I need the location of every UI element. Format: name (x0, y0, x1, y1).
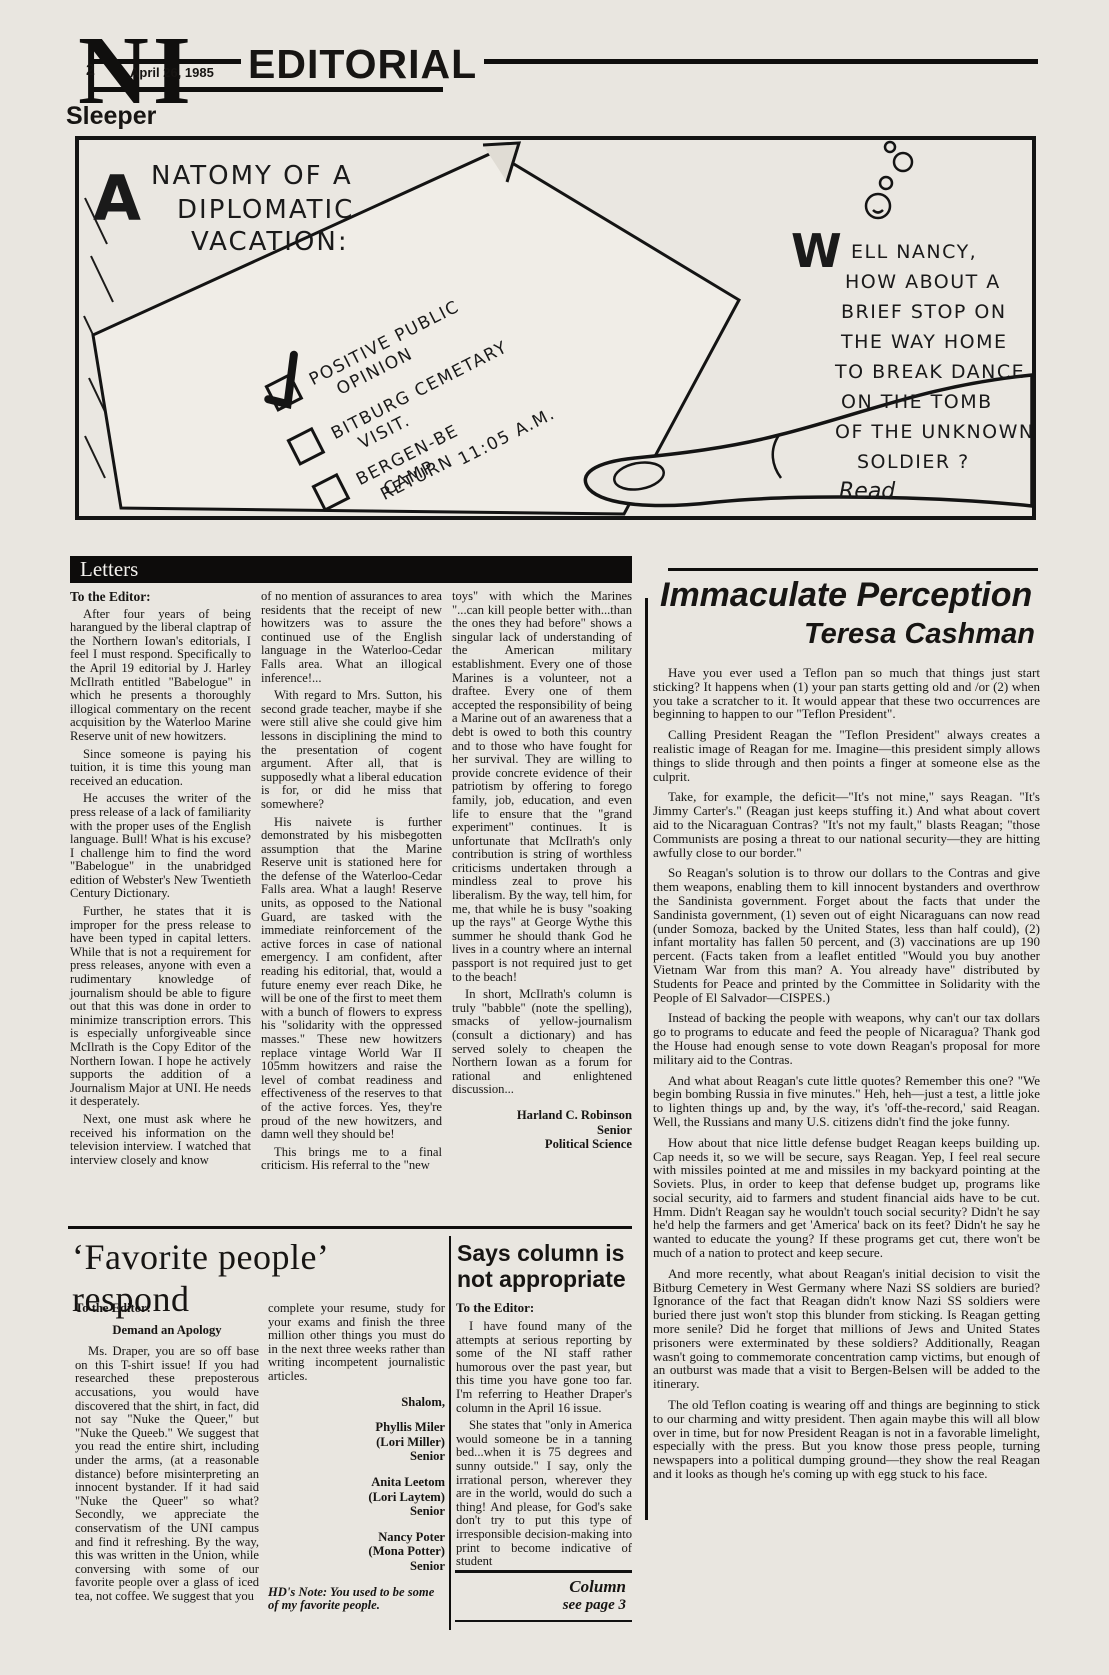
editorial-cartoon-panel: POSITIVE PUBLIC OPINION BITBURG CEMETARY… (75, 136, 1036, 520)
letter-paragraph: Senior (268, 1450, 445, 1464)
column-paragraph: And what about Reagan's cute little quot… (653, 1074, 1040, 1129)
svg-text:SOLDIER ?: SOLDIER ? (857, 451, 970, 473)
svg-text:NATOMY OF A: NATOMY OF A (151, 161, 353, 191)
issue-date: April 26, 1985 (130, 65, 214, 80)
letter-paragraph: Senior (268, 1560, 445, 1574)
letter-paragraph: Anita Leetom (268, 1476, 445, 1490)
letter-paragraph: To the Editor: (70, 590, 251, 604)
vertical-divider-main (645, 598, 648, 1520)
caption-initial: A (93, 162, 141, 235)
letter-column-2: of no mention of assurances to area resi… (261, 590, 442, 1177)
column-paragraph: So Reagan's solution is to throw our dol… (653, 866, 1040, 1004)
continuation-title: Column (461, 1577, 626, 1597)
letter-paragraph: (Lori Miller) (268, 1436, 445, 1450)
letter-paragraph: of no mention of assurances to area resi… (261, 590, 442, 685)
says-salutation: To the Editor: (456, 1300, 534, 1316)
letter-paragraph: He accuses the writer of the press relea… (70, 792, 251, 901)
letter-paragraph: This brings me to a final criticism. His… (261, 1146, 442, 1173)
letter-column-1: To the Editor:After four years of being … (70, 590, 251, 1171)
letter-paragraph: (Mona Potter) (268, 1545, 445, 1559)
says-column-body: I have found many of the attempts at ser… (456, 1320, 632, 1573)
svg-text:ELL NANCY,: ELL NANCY, (851, 241, 977, 263)
favorite-right-column: complete your resume, study for your exa… (268, 1302, 445, 1617)
svg-text:DIPLOMATIC: DIPLOMATIC (177, 195, 354, 225)
column-byline: Teresa Cashman (655, 618, 1035, 651)
svg-text:ON THE TOMB: ON THE TOMB (841, 391, 993, 413)
column-rule-top (668, 568, 1038, 571)
letter-paragraph: Senior (452, 1124, 632, 1138)
svg-text:BRIEF STOP ON: BRIEF STOP ON (841, 301, 1007, 323)
letter-paragraph: To the Editor: (75, 1302, 259, 1316)
letter-paragraph: Next, one must ask where he received his… (70, 1113, 251, 1167)
column-body: Have you ever used a Teflon pan so much … (653, 666, 1040, 1488)
letter-paragraph: Political Science (452, 1138, 632, 1152)
letters-section-header: Letters (70, 556, 632, 583)
letter-paragraph: His naivete is further demonstrated by h… (261, 816, 442, 1142)
column-paragraph: Have you ever used a Teflon pan so much … (653, 666, 1040, 721)
thought-bubbles (866, 142, 912, 218)
letter-paragraph: Shalom, (268, 1396, 445, 1410)
speech-initial: W (791, 224, 842, 278)
favorite-left-column: To the Editor:Demand an ApologyMs. Drape… (75, 1302, 259, 1607)
column-paragraph: Instead of backing the people with weapo… (653, 1011, 1040, 1066)
cartoon-drawing: POSITIVE PUBLIC OPINION BITBURG CEMETARY… (79, 140, 1032, 516)
vertical-divider-bottom (449, 1236, 451, 1630)
letter-paragraph: Phyllis Miler (268, 1421, 445, 1435)
letter-paragraph: toys" with which the Marines "...can kil… (452, 590, 632, 984)
letter-paragraph: With regard to Mrs. Sutton, his second g… (261, 689, 442, 811)
column-paragraph: Take, for example, the deficit—"It's not… (653, 790, 1040, 859)
column-paragraph: And more recently, what about Reagan's i… (653, 1267, 1040, 1391)
letter-paragraph: HD's Note: You used to be some of my fav… (268, 1586, 445, 1613)
column-paragraph: The old Teflon coating is wearing off an… (653, 1398, 1040, 1481)
letter-paragraph: Since someone is paying his tuition, it … (70, 748, 251, 789)
newspaper-page: NI 2 April 26, 1985 EDITORIAL Sleeper PO… (0, 0, 1109, 1675)
letter-paragraph: She states that "only in America would s… (456, 1419, 632, 1569)
letter-column-3: toys" with which the Marines "...can kil… (452, 590, 632, 1153)
section-title: EDITORIAL (241, 44, 484, 85)
section-rule (68, 1226, 632, 1229)
svg-text:THE WAY HOME: THE WAY HOME (840, 331, 1008, 353)
svg-text:OF THE UNKNOWN: OF THE UNKNOWN (835, 421, 1032, 443)
letter-paragraph: Ms. Draper, you are so off base on this … (75, 1345, 259, 1603)
letter-paragraph: I have found many of the attempts at ser… (456, 1320, 632, 1415)
column-paragraph: Calling President Reagan the "Teflon Pre… (653, 728, 1040, 783)
column-continuation-box: Column see page 3 (455, 1570, 632, 1622)
header-rule-top (90, 59, 1038, 64)
column-title: Immaculate Perception (660, 576, 1032, 615)
letter-paragraph: After four years of being harangued by t… (70, 608, 251, 744)
svg-text:HOW ABOUT A: HOW ABOUT A (845, 271, 1001, 293)
says-column-headline: Says column is not appropriate (457, 1240, 631, 1292)
continuation-page-ref: see page 3 (461, 1597, 626, 1614)
comic-strip-title: Sleeper (66, 102, 156, 131)
column-paragraph: How about that nice little defense budge… (653, 1136, 1040, 1260)
letter-paragraph: (Lori Laytem) (268, 1491, 445, 1505)
letter-paragraph: In short, McIlrath's column is truly "ba… (452, 988, 632, 1097)
letter-paragraph: Nancy Poter (268, 1531, 445, 1545)
letter-paragraph: complete your resume, study for your exa… (268, 1302, 445, 1384)
letter-paragraph: Senior (268, 1505, 445, 1519)
letter-paragraph: Further, he states that it is improper f… (70, 905, 251, 1109)
letters-header-label: Letters (80, 557, 138, 581)
page-number: 2 (86, 62, 95, 80)
letter-paragraph: Demand an Apology (75, 1324, 259, 1338)
artist-signature: Read (839, 479, 896, 504)
svg-text:VACATION:: VACATION: (191, 227, 349, 257)
svg-text:TO BREAK DANCE: TO BREAK DANCE (834, 361, 1025, 383)
letter-paragraph: Harland C. Robinson (452, 1109, 632, 1123)
